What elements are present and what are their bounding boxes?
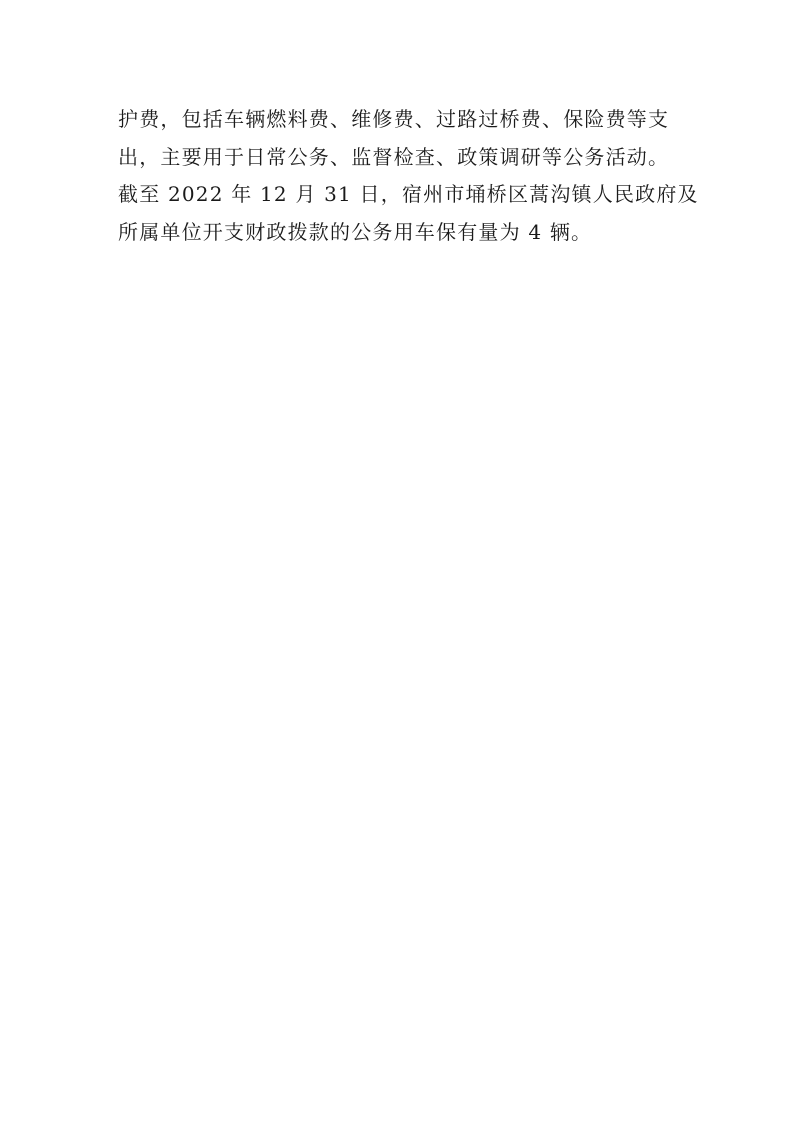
text-line: 护费，包括车辆燃料费、维修费、过路过桥费、保险费等支 — [118, 101, 688, 139]
body-paragraph: 护费，包括车辆燃料费、维修费、过路过桥费、保险费等支 出，主要用于日常公务、监督… — [118, 101, 688, 252]
text-line: 截至 2022 年 12 月 31 日，宿州市埇桥区蒿沟镇人民政府及 — [118, 176, 688, 214]
text-line: 出，主要用于日常公务、监督检查、政策调研等公务活动。 — [118, 139, 688, 177]
document-page: 护费，包括车辆燃料费、维修费、过路过桥费、保险费等支 出，主要用于日常公务、监督… — [0, 0, 793, 1122]
text-line: 所属单位开支财政拨款的公务用车保有量为 4 辆。 — [118, 214, 688, 252]
